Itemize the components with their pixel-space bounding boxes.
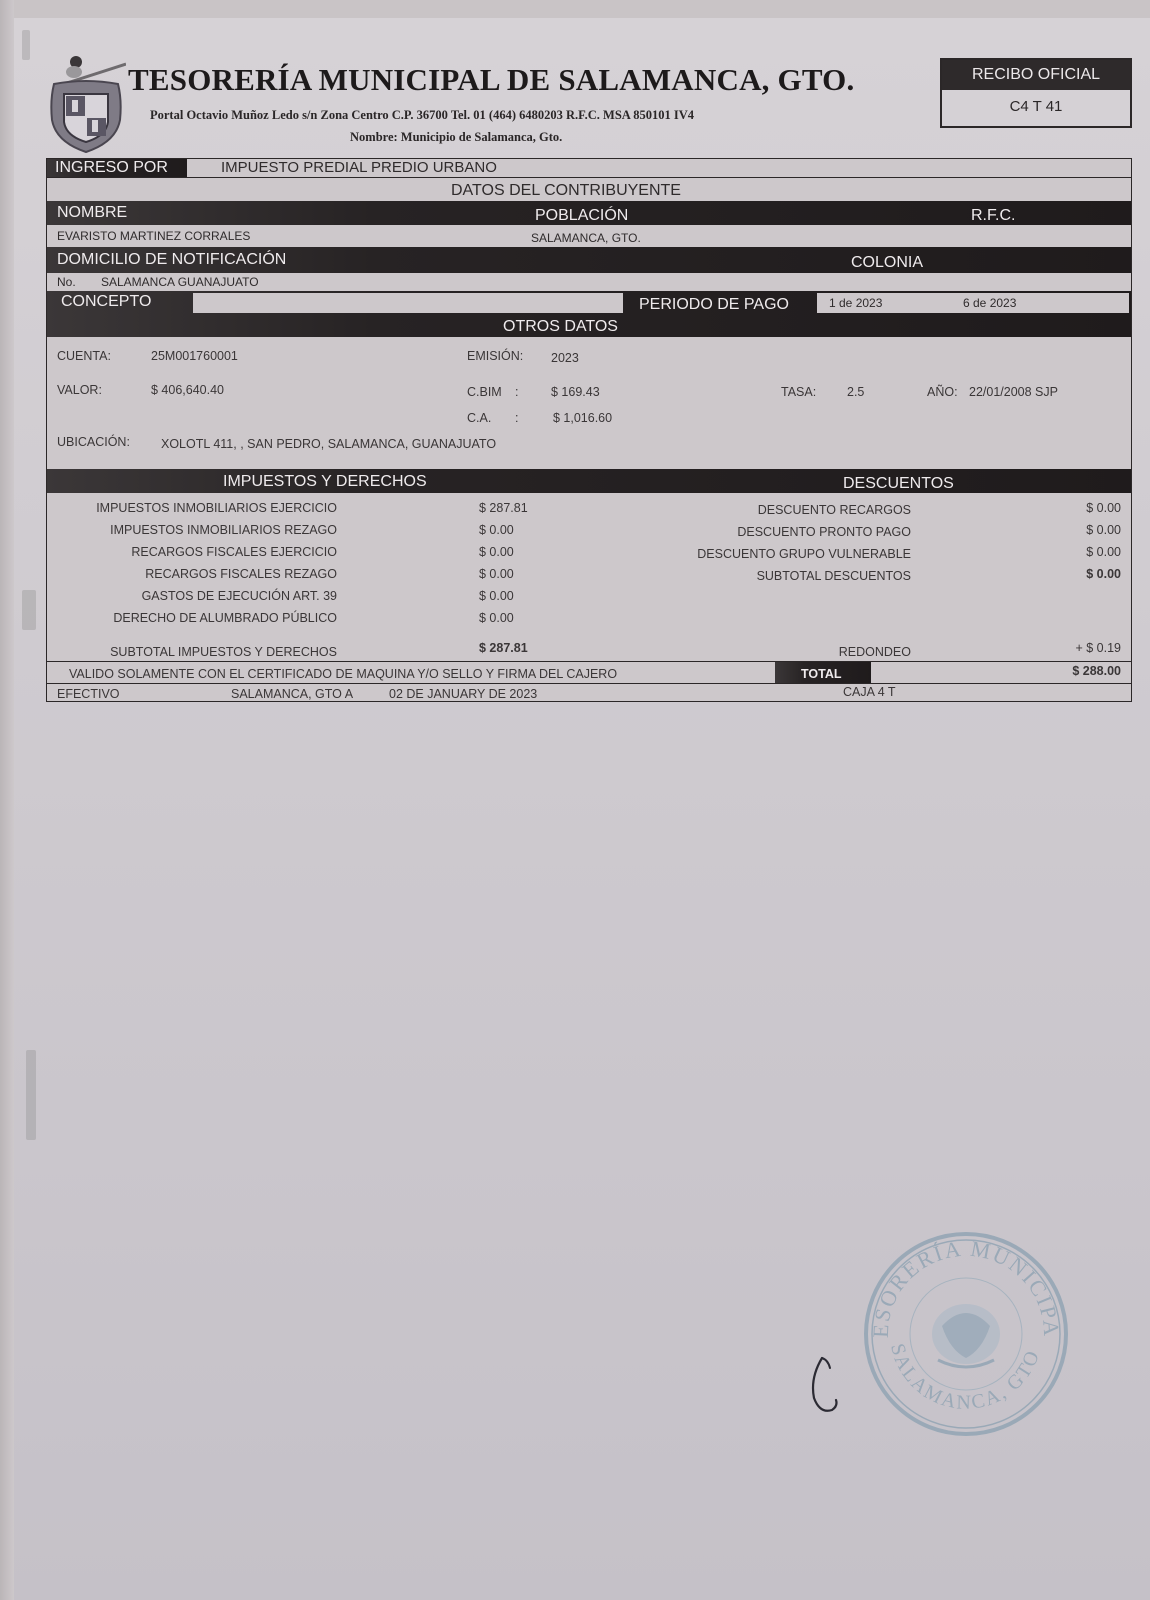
domicilio-no-label: No. (57, 275, 76, 289)
periodo-hasta: 6 de 2023 (963, 296, 1016, 310)
ingreso-row: INGRESO POR IMPUESTO PREDIAL PREDIO URBA… (47, 159, 1131, 177)
impuesto-item-amount: $ 0.00 (479, 567, 514, 581)
poblacion-label: POBLACIÓN (535, 207, 628, 225)
valor-value: $ 406,640.40 (151, 383, 224, 397)
ca-value: $ 1,016.60 (553, 411, 612, 425)
receipt-form: INGRESO POR IMPUESTO PREDIAL PREDIO URBA… (46, 158, 1132, 702)
impuesto-item-label: DERECHO DE ALUMBRADO PÚBLICO (113, 611, 337, 625)
descuentos-subtotal-amount: $ 0.00 (1086, 567, 1121, 581)
issuer-address: Portal Octavio Muñoz Ledo s/n Zona Centr… (150, 108, 694, 123)
descuentos-subtotal-label: SUBTOTAL DESCUENTOS (757, 569, 911, 583)
impuesto-item-label: IMPUESTOS INMOBILIARIOS EJERCICIO (96, 501, 337, 515)
anio-value: 22/01/2008 SJP (969, 385, 1058, 399)
contribuyente-header-row: NOMBRE POBLACIÓN R.F.C. (47, 201, 1131, 225)
emision-label: EMISIÓN: (467, 349, 523, 363)
descuento-item-amount: $ 0.00 (1086, 523, 1121, 537)
impuesto-item-amount: $ 0.00 (479, 545, 514, 559)
periodo-label: PERIODO DE PAGO (639, 296, 789, 314)
scan-artifact (22, 590, 36, 630)
descuentos-title: DESCUENTOS (843, 475, 954, 493)
nombre-value: EVARISTO MARTINEZ CORRALES (57, 229, 250, 243)
descuento-item-label: DESCUENTO PRONTO PAGO (737, 525, 911, 539)
concepto-label: CONCEPTO (61, 293, 151, 311)
concepto-field (193, 293, 623, 313)
validity-note: VALIDO SOLAMENTE CON EL CERTIFICADO DE M… (69, 667, 617, 681)
valor-label: VALOR: (57, 383, 102, 397)
cbim-label: C.BIM (467, 385, 502, 399)
descuento-item-amount: $ 0.00 (1086, 545, 1121, 559)
receipt-number: C4 T 41 (942, 90, 1130, 124)
payment-method: EFECTIVO (57, 687, 120, 701)
descuento-item-label: DESCUENTO GRUPO VULNERABLE (697, 547, 911, 561)
concepto-row: CONCEPTO PERIODO DE PAGO 1 de 2023 6 de … (47, 291, 1131, 315)
scan-artifact (22, 30, 30, 60)
impuesto-item-amount: $ 0.00 (479, 523, 514, 537)
domicilio-values-row: No. SALAMANCA GUANAJUATO (47, 273, 1131, 291)
nombre-label: NOMBRE (57, 204, 127, 222)
treasury-seal-stamp-icon: TESORERÍA MUNICIPAL SALAMANCA, GTO. (862, 1230, 1070, 1438)
ca-colon: : (515, 411, 518, 425)
colonia-label: COLONIA (851, 254, 923, 272)
impuesto-item-label: RECARGOS FISCALES REZAGO (145, 567, 337, 581)
scan-edge (0, 0, 14, 1600)
redondeo-label: REDONDEO (839, 645, 911, 659)
cbim-value: $ 169.43 (551, 385, 600, 399)
redondeo-amount: + $ 0.19 (1075, 641, 1121, 655)
ubicacion-value: XOLOTL 411, , SAN PEDRO, SALAMANCA, GUAN… (161, 437, 496, 451)
impuestos-title: IMPUESTOS Y DERECHOS (223, 473, 427, 491)
anio-label: AÑO: (927, 385, 958, 399)
impuesto-item-amount: $ 287.81 (479, 501, 528, 515)
impuesto-item-label: IMPUESTOS INMOBILIARIOS REZAGO (110, 523, 337, 537)
poblacion-value: SALAMANCA, GTO. (531, 231, 641, 245)
total-label-cell: TOTAL (775, 662, 871, 684)
tasa-value: 2.5 (847, 385, 864, 399)
descuento-item-amount: $ 0.00 (1086, 501, 1121, 515)
impuestos-descuentos-body: IMPUESTOS INMOBILIARIOS EJERCICIO$ 287.8… (47, 493, 1131, 661)
otros-datos-body: CUENTA: 25M001760001 EMISIÓN: 2023 VALOR… (47, 337, 1131, 469)
ubicacion-label: UBICACIÓN: (57, 435, 130, 449)
impuestos-descuentos-header-row: IMPUESTOS Y DERECHOS DESCUENTOS (47, 469, 1131, 493)
receipt-number-box: RECIBO OFICIAL C4 T 41 (940, 58, 1132, 128)
contribuyente-values-row: EVARISTO MARTINEZ CORRALES SALAMANCA, GT… (47, 225, 1131, 247)
impuesto-item-amount: $ 0.00 (479, 611, 514, 625)
descuento-item-label: DESCUENTO RECARGOS (758, 503, 911, 517)
contribuyente-title: DATOS DEL CONTRIBUYENTE (451, 182, 681, 200)
otros-datos-title: OTROS DATOS (503, 318, 618, 336)
scan-artifact (26, 1050, 36, 1140)
cuenta-label: CUENTA: (57, 349, 111, 363)
ingreso-label: INGRESO POR (55, 159, 168, 177)
cbim-colon: : (515, 385, 518, 399)
total-row: VALIDO SOLAMENTE CON EL CERTIFICADO DE M… (47, 661, 1131, 683)
ingreso-value: IMPUESTO PREDIAL PREDIO URBANO (221, 159, 497, 176)
rfc-label: R.F.C. (971, 207, 1015, 225)
municipal-crest-icon (46, 50, 126, 154)
otros-datos-header-row: OTROS DATOS (47, 315, 1131, 337)
payment-date: 02 DE JANUARY DE 2023 (389, 687, 537, 701)
periodo-desde: 1 de 2023 (829, 296, 882, 310)
emision-value: 2023 (551, 351, 579, 365)
domicilio-header-row: DOMICILIO DE NOTIFICACIÓN COLONIA (47, 247, 1131, 273)
cuenta-value: 25M001760001 (151, 349, 238, 363)
impuesto-item-label: RECARGOS FISCALES EJERCICIO (131, 545, 337, 559)
impuesto-item-amount: $ 0.00 (479, 589, 514, 603)
periodo-field: 1 de 2023 6 de 2023 (817, 293, 1129, 313)
total-amount: $ 288.00 (1072, 664, 1121, 678)
payment-row: EFECTIVO SALAMANCA, GTO A 02 DE JANUARY … (47, 683, 1131, 701)
receipt-label: RECIBO OFICIAL (942, 60, 1130, 90)
ca-label: C.A. (467, 411, 491, 425)
domicilio-value: SALAMANCA GUANAJUATO (101, 275, 259, 289)
impuestos-subtotal-label: SUBTOTAL IMPUESTOS Y DERECHOS (110, 645, 337, 659)
impuesto-item-label: GASTOS DE EJECUCIÓN ART. 39 (142, 589, 337, 603)
cashier-signature-icon (808, 1352, 868, 1422)
tasa-label: TASA: (781, 385, 816, 399)
contribuyente-title-row: DATOS DEL CONTRIBUYENTE (47, 177, 1131, 201)
payment-place: SALAMANCA, GTO A (231, 687, 353, 701)
caja-label: CAJA 4 T (843, 685, 896, 699)
ingreso-label-cell: INGRESO POR (47, 159, 187, 177)
issuer-name: Nombre: Municipio de Salamanca, Gto. (350, 130, 562, 145)
impuestos-subtotal-amount: $ 287.81 (479, 641, 528, 655)
issuer-title: TESORERÍA MUNICIPAL DE SALAMANCA, GTO. (128, 62, 854, 98)
total-label: TOTAL (801, 667, 842, 681)
domicilio-label: DOMICILIO DE NOTIFICACIÓN (57, 251, 286, 269)
